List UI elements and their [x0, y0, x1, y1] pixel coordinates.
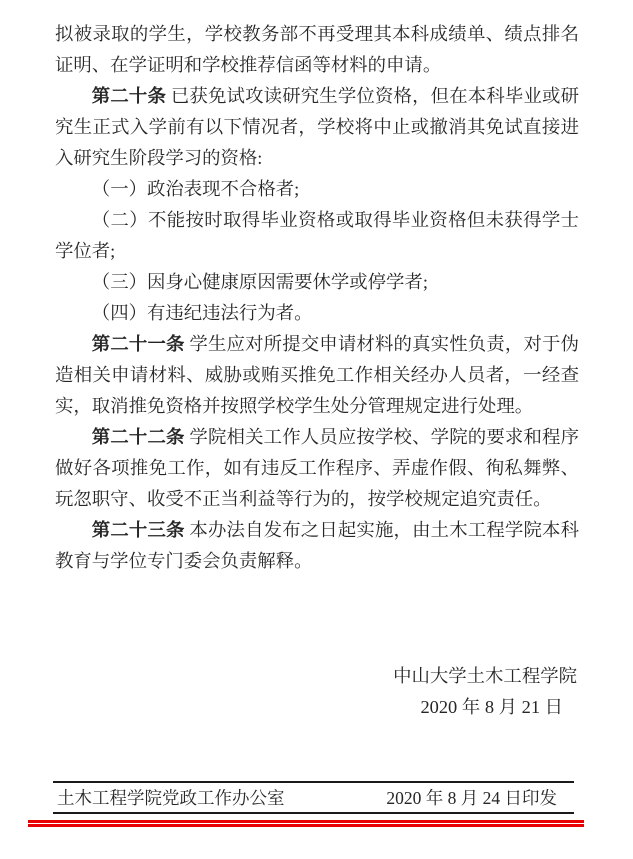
footer-issuer: 土木工程学院党政工作办公室 [57, 787, 285, 809]
signature-date: 2020 年 8 月 21 日 [393, 692, 577, 723]
footer-row: 土木工程学院党政工作办公室 2020 年 8 月 24 日印发 [57, 787, 557, 809]
footer-print-date: 2020 年 8 月 24 日印发 [386, 787, 557, 809]
article-20-number: 第二十条 [92, 86, 171, 106]
clause-2: （二）不能按时取得毕业资格或取得毕业资格但未获得学士学位者; [55, 205, 579, 267]
footer-bottom-rule [53, 812, 574, 814]
article-20-paragraph: 第二十条已获免试攻读研究生学位资格，但在本科毕业或研究生正式入学前有以下情况者，… [55, 81, 579, 174]
paragraph-text: （一）政治表现不合格者; [92, 179, 299, 199]
red-double-rule [28, 820, 584, 827]
article-21-paragraph: 第二十一条学生应对所提交申请材料的真实性负责，对于伪造相关申请材料、威胁或贿买推… [55, 329, 579, 422]
paragraph-text: （二）不能按时取得毕业资格或取得毕业资格但未获得学士学位者; [55, 210, 579, 261]
clause-4: （四）有违纪违法行为者。 [55, 298, 579, 329]
clause-1: （一）政治表现不合格者; [55, 174, 579, 205]
article-22-number: 第二十二条 [92, 427, 190, 447]
document-body: 拟被录取的学生，学校教务部不再受理其本科成绩单、绩点排名证明、在学证明和学校推荐… [55, 19, 579, 577]
document-page: 拟被录取的学生，学校教务部不再受理其本科成绩单、绩点排名证明、在学证明和学校推荐… [0, 0, 633, 859]
clause-3: （三）因身心健康原因需要休学或停学者; [55, 267, 579, 298]
footer-top-rule [53, 781, 574, 783]
article-23-number: 第二十三条 [92, 520, 190, 540]
paragraph-intro-continuation: 拟被录取的学生，学校教务部不再受理其本科成绩单、绩点排名证明、在学证明和学校推荐… [55, 19, 579, 81]
article-21-number: 第二十一条 [92, 334, 190, 354]
signature-block: 中山大学土木工程学院 2020 年 8 月 21 日 [393, 661, 577, 723]
signature-organization: 中山大学土木工程学院 [393, 661, 577, 692]
paragraph-text: （三）因身心健康原因需要休学或停学者; [92, 272, 428, 292]
article-23-paragraph: 第二十三条本办法自发布之日起实施，由土木工程学院本科教育与学位专门委会负责解释。 [55, 515, 579, 577]
paragraph-text: 拟被录取的学生，学校教务部不再受理其本科成绩单、绩点排名证明、在学证明和学校推荐… [55, 24, 579, 75]
paragraph-text: （四）有违纪违法行为者。 [92, 303, 313, 323]
article-22-paragraph: 第二十二条学院相关工作人员应按学校、学院的要求和程序做好各项推免工作，如有违反工… [55, 422, 579, 515]
